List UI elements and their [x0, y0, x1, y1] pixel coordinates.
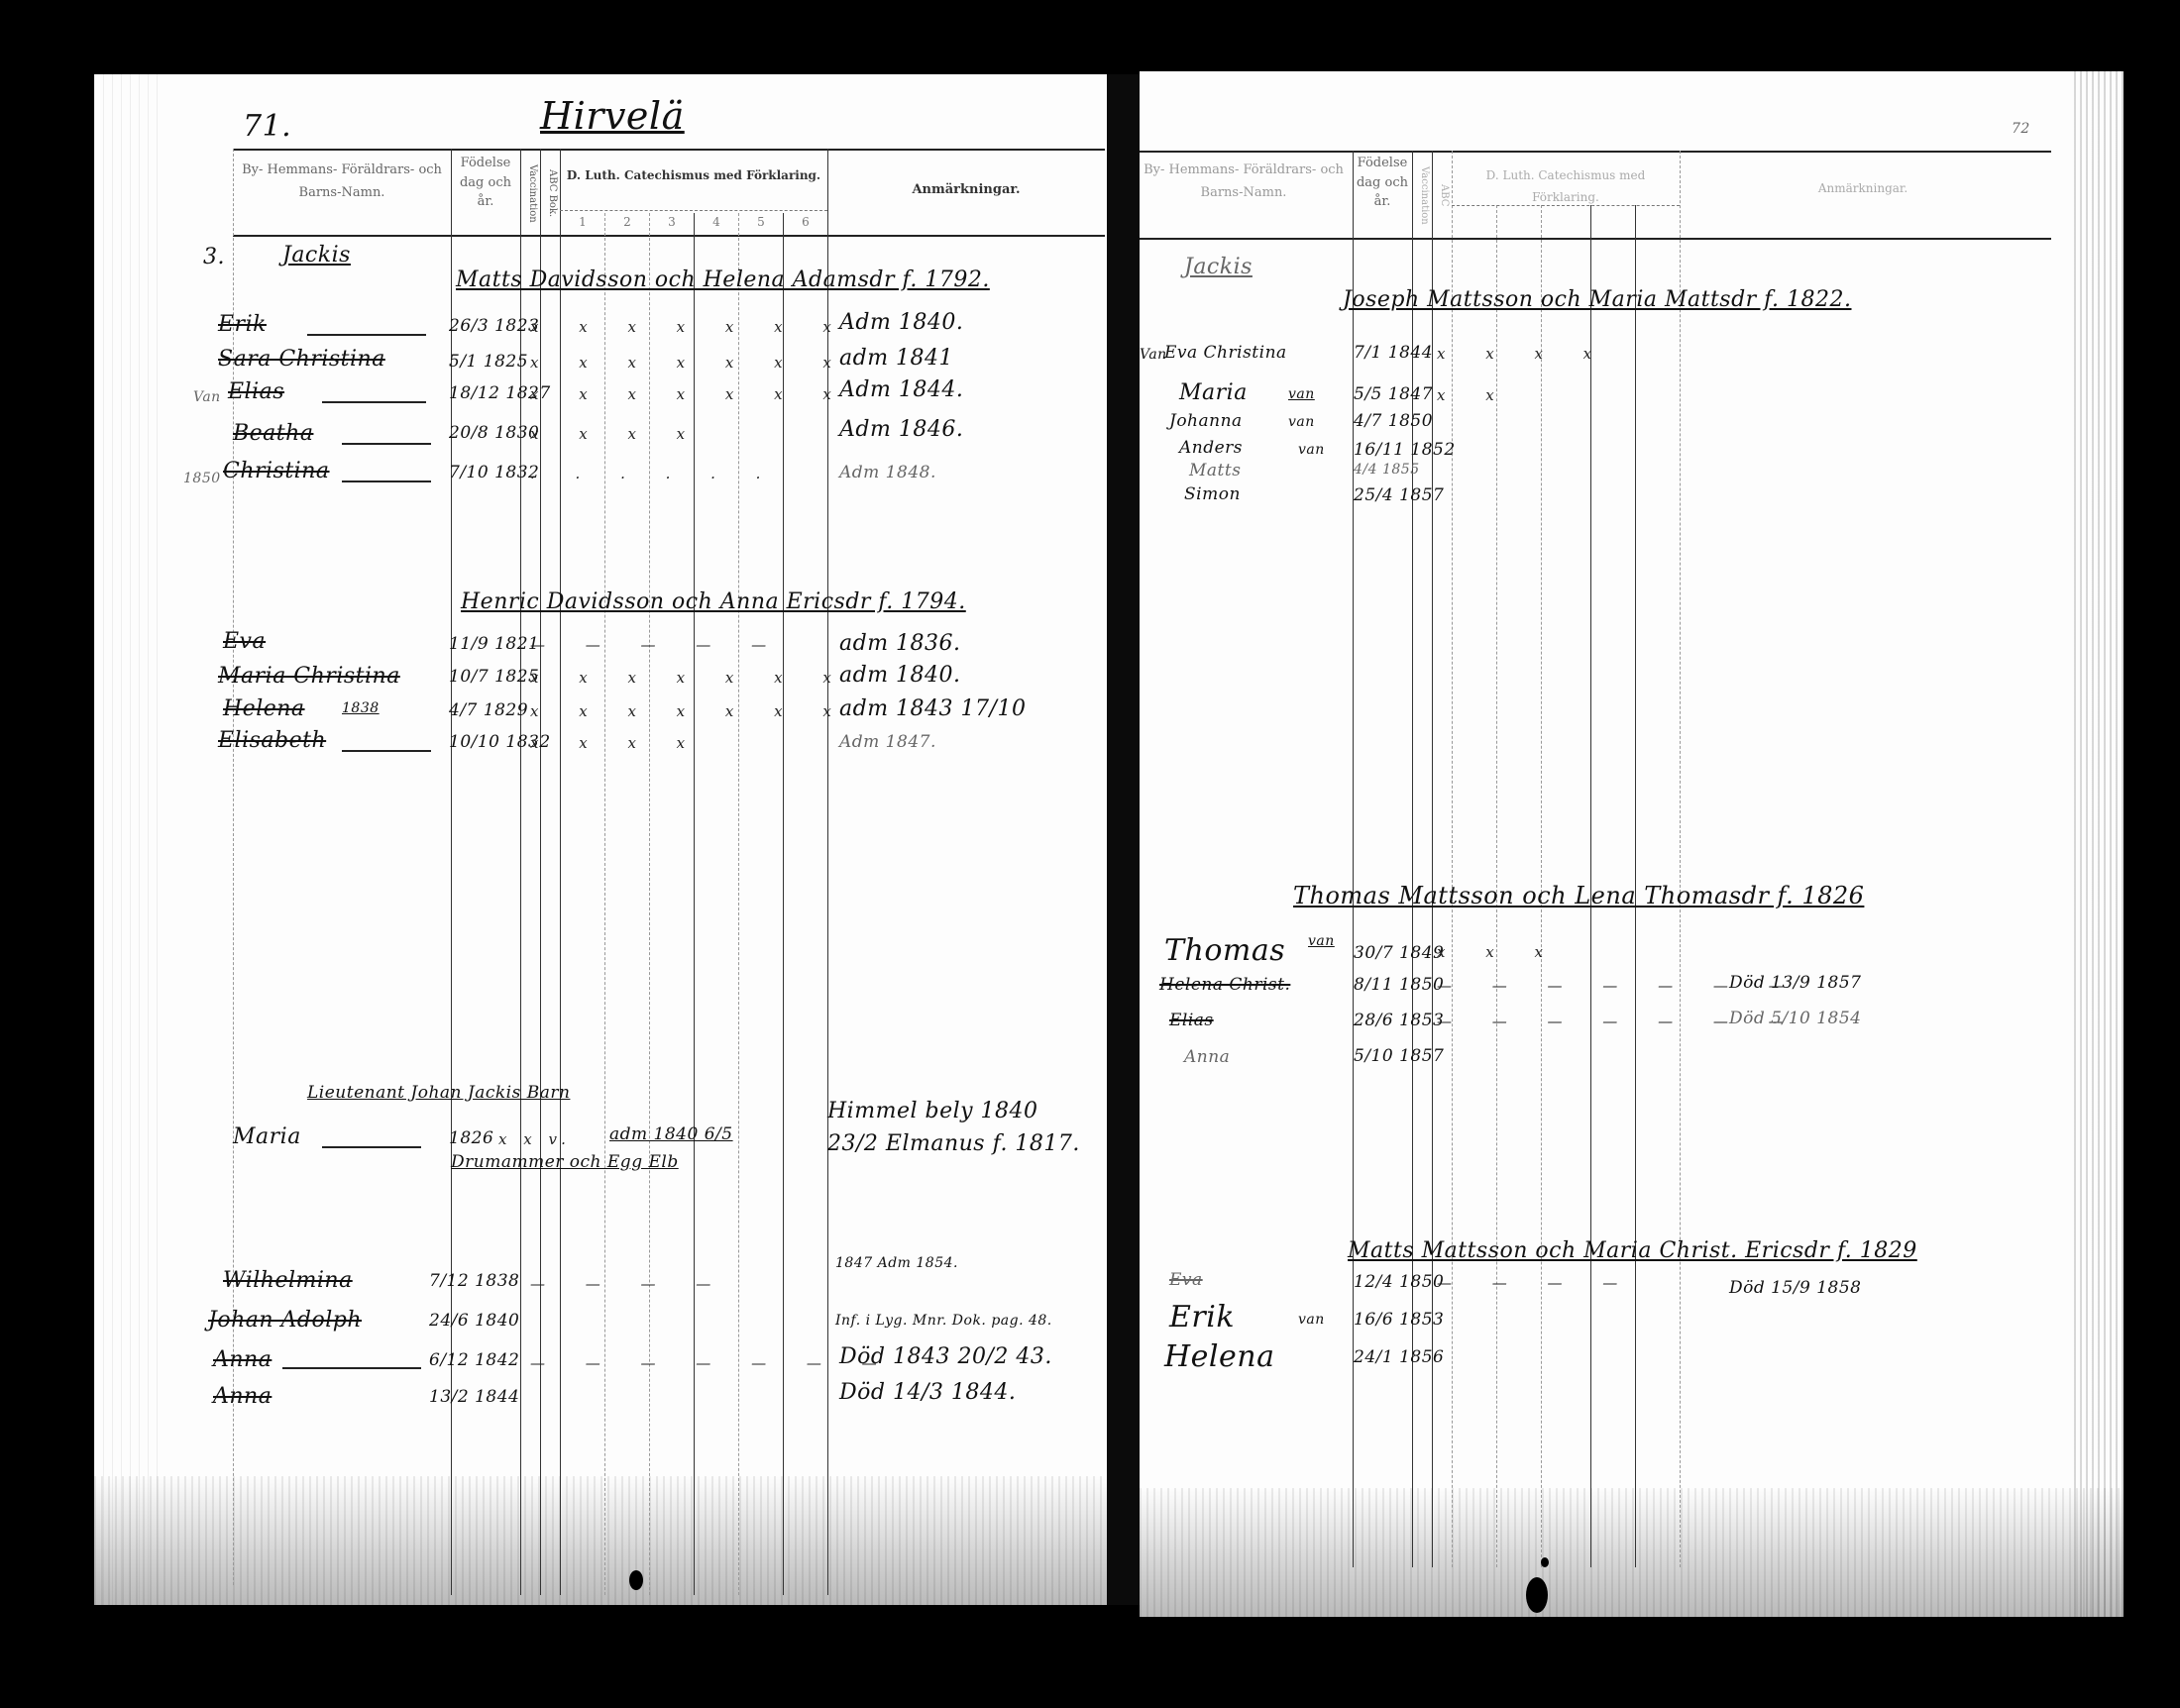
- catechism-sub-6: 6: [786, 215, 825, 229]
- header-name-column: By- Hemmans- Föräldrars- och Barns-Namn.: [238, 159, 446, 205]
- header-catechism-column: D. Luth. Catechismus med Förklaring.: [1454, 165, 1678, 208]
- birth-date: 16/6 1853: [1354, 1310, 1444, 1330]
- margin-note: Van: [1140, 347, 1167, 363]
- margin-note: Van: [193, 389, 221, 405]
- child-name: Eva Christina: [1164, 343, 1287, 363]
- birth-date: 20/8 1830: [449, 423, 539, 443]
- catechism-marks: — — — —: [1437, 1274, 1635, 1292]
- birth-date: 4/4 1855: [1354, 462, 1420, 478]
- header-catechism-column: D. Luth. Catechismus med Förklaring.: [562, 165, 825, 187]
- column-rule: [1680, 151, 1681, 1567]
- header-bottom-rule: [1140, 238, 2051, 240]
- catechism-sub-1: 1: [563, 215, 602, 229]
- header-vaccination-column: Vaccination: [1414, 156, 1430, 235]
- birth-date: 7/12 1838: [429, 1271, 519, 1291]
- remark: Adm 1846.: [839, 417, 963, 442]
- header-abc-column: ABC Bok.: [542, 154, 558, 233]
- child-name: Elias: [228, 379, 284, 404]
- header-remarks-column: Anmärkningar.: [1694, 178, 2031, 200]
- catechism-marks: x x x x x x x: [530, 318, 849, 336]
- remark: Adm 1840.: [839, 310, 963, 335]
- header-birth-line: Födelse: [453, 154, 518, 173]
- child-name: Johan Adolph: [208, 1308, 362, 1333]
- header-birth-line: Födelse: [1355, 154, 1410, 173]
- remark: adm 1840.: [839, 663, 961, 688]
- catechism-marks: x x x x x x x: [530, 385, 849, 403]
- remark: Död 14/3 1844.: [839, 1380, 1016, 1405]
- page-bottom-stain: [1140, 1488, 2124, 1617]
- child-name: Beatha: [233, 421, 313, 446]
- leader-line: [342, 750, 431, 752]
- catechism-sub-4: 4: [697, 215, 736, 229]
- catechism-marks: — — — — —: [530, 636, 784, 654]
- family-parents: Thomas Mattsson och Lena Thomasdr f. 182…: [1293, 882, 1864, 909]
- left-page: 71. Hirvelä By- Hemmans- Föräldrars- och…: [94, 74, 1107, 1605]
- birth-date: 5/1 1825: [449, 352, 528, 372]
- ink-stain: [1541, 1557, 1549, 1567]
- catechism-sub-5: 5: [741, 215, 781, 229]
- remark: Död 5/10 1854: [1729, 1009, 1862, 1028]
- column-rule: [1452, 151, 1453, 1567]
- family-parents: Matts Mattsson och Maria Christ. Ericsdr…: [1348, 1238, 1917, 1263]
- header-birth-line: dag och: [453, 173, 518, 193]
- page-number: 71.: [243, 109, 291, 144]
- remark: Adm 1848.: [839, 463, 936, 482]
- remark: Död 13/9 1857: [1729, 973, 1862, 993]
- remark: adm 1840 6/5: [609, 1124, 733, 1144]
- child-name: Helena Christ.: [1159, 975, 1290, 995]
- birth-date: 10/7 1825: [449, 667, 539, 687]
- leader-line: [282, 1367, 421, 1369]
- birth-date: 7/1 1844: [1354, 343, 1433, 363]
- column-rule: [694, 213, 695, 1595]
- farm-name: Jackis: [1184, 255, 1253, 279]
- catechism-marks: x x x x: [1437, 345, 1609, 363]
- leader-line: [342, 480, 431, 482]
- child-name: Eva: [1169, 1270, 1203, 1290]
- page-edge-shadow: [2074, 71, 2124, 1617]
- family-parents: Henric Davidsson och Anna Ericsdr f. 179…: [461, 589, 966, 614]
- header-top-rule: [1140, 151, 2051, 153]
- child-name: Wilhelmina: [223, 1268, 353, 1293]
- family-sub-note: Drumammer och Egg Elb: [451, 1152, 679, 1172]
- child-name: Anna: [1184, 1047, 1230, 1067]
- family-parents: Joseph Mattsson och Maria Mattsdr f. 182…: [1343, 287, 1852, 312]
- child-name: Helena: [223, 696, 305, 721]
- column-rule: [649, 213, 650, 1595]
- farm-name: Jackis: [282, 243, 351, 267]
- column-rule: [783, 213, 784, 1595]
- leader-line: [322, 1146, 421, 1148]
- header-vaccination-column: Vaccination: [522, 154, 538, 233]
- birth-date: 28/6 1853: [1354, 1011, 1444, 1030]
- child-name: Anna: [213, 1347, 272, 1372]
- remark: Adm 1844.: [839, 377, 963, 402]
- catechism-marks: — — — —: [530, 1275, 728, 1293]
- child-name: Johanna: [1169, 411, 1243, 431]
- child-name: Anders: [1179, 438, 1243, 458]
- child-name: Erik: [218, 312, 267, 337]
- remark: Adm 1847.: [839, 732, 936, 752]
- catechism-sub-3: 3: [652, 215, 692, 229]
- catechism-marks: x x x x x x x: [530, 702, 849, 720]
- child-name: Maria: [233, 1124, 301, 1149]
- ink-stain: [1526, 1577, 1548, 1613]
- catechism-marks: x x v.: [498, 1130, 572, 1148]
- remark: adm 1836.: [839, 631, 961, 656]
- leader-line: [307, 334, 426, 336]
- remark: Inf. i Lyg. Mnr. Dok. pag. 48.: [835, 1313, 1052, 1329]
- child-name: Simon: [1184, 484, 1241, 504]
- header-top-rule: [233, 149, 1105, 151]
- page-bottom-stain: [94, 1476, 1107, 1605]
- family-remark-block: Himmel bely 1840 23/2 Elmanus f. 1817.: [827, 1095, 1095, 1160]
- birth-date: 30/7 1849: [1354, 943, 1444, 963]
- book-gutter: [1107, 74, 1140, 1605]
- margin-note: 1838: [342, 700, 380, 716]
- header-birth-column: Födelse dag och år.: [453, 154, 518, 212]
- birth-date: 24/6 1840: [429, 1311, 519, 1331]
- name-suffix: van: [1298, 1312, 1325, 1328]
- birth-date: 12/4 1850: [1354, 1272, 1444, 1292]
- catechism-sub-2: 2: [607, 215, 647, 229]
- section-number: 3.: [203, 245, 225, 269]
- column-rule: [604, 213, 605, 1595]
- subheader-rule: [560, 210, 827, 211]
- remark: Död 15/9 1858: [1729, 1278, 1862, 1298]
- birth-date: 13/2 1844: [429, 1387, 519, 1407]
- remark: 1847 Adm 1854.: [835, 1255, 958, 1271]
- child-name: Elias: [1169, 1011, 1214, 1030]
- catechism-marks: x x x x x x x: [530, 354, 849, 372]
- catechism-marks: . . . . . .: [530, 465, 778, 482]
- remark: adm 1843 17/10: [839, 696, 1026, 721]
- name-suffix: van: [1288, 386, 1315, 402]
- child-name: Thomas: [1164, 933, 1285, 968]
- leader-line: [322, 401, 426, 403]
- birth-date: 24/1 1856: [1354, 1347, 1444, 1367]
- name-suffix: van: [1298, 442, 1325, 458]
- child-name: Anna: [213, 1384, 272, 1409]
- child-name: Maria Christina: [218, 664, 400, 689]
- name-suffix: van: [1308, 933, 1335, 949]
- header-abc-column: ABC: [1434, 156, 1450, 235]
- family-parents: Lieutenant Johan Jackis Barn: [307, 1083, 570, 1103]
- child-name: Helena: [1164, 1339, 1274, 1374]
- birth-date: 5/5 1847: [1354, 384, 1433, 404]
- birth-date: 4/7 1829: [449, 700, 528, 720]
- birth-date: 6/12 1842: [429, 1350, 519, 1370]
- child-name: Sara Christina: [218, 347, 385, 372]
- catechism-marks: x x x x: [530, 734, 703, 752]
- child-name: Maria: [1179, 380, 1248, 405]
- margin-note: 1850: [183, 471, 221, 486]
- page-number: 72: [2012, 121, 2030, 137]
- birth-date: 16/11 1852: [1354, 440, 1456, 460]
- child-name: Eva: [223, 629, 266, 654]
- birth-date: 8/11 1850: [1354, 975, 1444, 995]
- child-name: Erik: [1169, 1300, 1235, 1334]
- child-name: Matts: [1189, 461, 1241, 480]
- header-birth-line: dag och: [1355, 173, 1410, 193]
- child-name: Elisabeth: [218, 728, 326, 753]
- birth-date: 7/10 1832: [449, 463, 539, 482]
- catechism-marks: x x: [1437, 386, 1512, 404]
- village-title: Hirvelä: [540, 94, 685, 138]
- column-rule: [738, 213, 739, 1595]
- catechism-marks: x x x: [1437, 943, 1561, 961]
- birth-date: 1826: [449, 1128, 493, 1148]
- birth-date: 5/10 1857: [1354, 1046, 1444, 1066]
- leader-line: [342, 443, 431, 445]
- header-birth-column: Födelse dag och år.: [1355, 154, 1410, 212]
- remark: adm 1841: [839, 346, 953, 371]
- ink-stain: [629, 1570, 643, 1590]
- header-name-column: By- Hemmans- Föräldrars- och Barns-Namn.: [1140, 159, 1348, 205]
- name-suffix: van: [1288, 414, 1315, 430]
- family-parents: Matts Davidsson och Helena Adamsdr f. 17…: [456, 267, 990, 292]
- catechism-marks: x x x x x x x: [530, 669, 849, 687]
- header-bottom-rule: [233, 235, 1105, 237]
- remark: Död 1843 20/2 43.: [839, 1344, 1052, 1369]
- page-edge-shadow: [94, 74, 163, 1605]
- right-page: 72 By- Hemmans- Föräldrars- och Barns-Na…: [1140, 71, 2124, 1617]
- birth-date: 25/4 1857: [1354, 485, 1444, 505]
- child-name: Christina: [223, 459, 330, 483]
- birth-date: 4/7 1850: [1354, 411, 1433, 431]
- catechism-marks: x x x x: [530, 425, 703, 443]
- header-remarks-column: Anmärkningar.: [832, 178, 1100, 201]
- birth-date: 11/9 1821: [449, 634, 539, 654]
- header-birth-line: år.: [453, 192, 518, 212]
- header-birth-line: år.: [1355, 192, 1410, 212]
- birth-date: 26/3 1823: [449, 316, 539, 336]
